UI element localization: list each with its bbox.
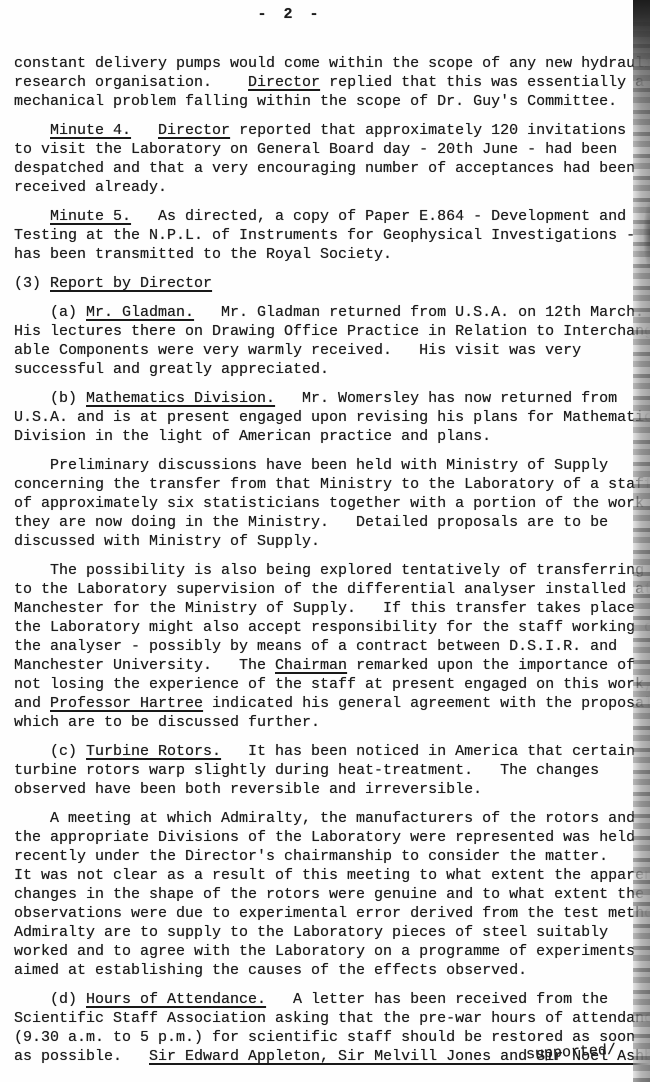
paragraph: Minute 4. Director reported that approxi…: [14, 121, 650, 197]
text-line: which are to be discussed further.: [14, 713, 650, 732]
text-line: despatched and that a very encouraging n…: [14, 159, 650, 178]
underlined-text: Professor Hartree: [50, 695, 203, 712]
underlined-text: Minute 5.: [50, 208, 131, 225]
text-line: able Components were very warmly receive…: [14, 341, 650, 360]
text-segment: recently under the Director's chairmansh…: [14, 848, 608, 865]
text-segment: [14, 208, 50, 225]
text-segment: observations were due to experimental er…: [14, 905, 650, 922]
text-line: the Laboratory might also accept respons…: [14, 618, 650, 637]
underlined-text: Turbine Rotors.: [86, 743, 221, 760]
text-segment: Mr. Gladman returned from U.S.A. on 12th…: [194, 304, 644, 321]
underlined-text: Director: [158, 122, 230, 139]
text-segment: the appropriate Divisions of the Laborat…: [14, 829, 635, 846]
text-line: changes in the shape of the rotors were …: [14, 885, 650, 904]
text-line: observed have been both reversible and i…: [14, 780, 650, 799]
text-segment: (c): [14, 743, 86, 760]
text-segment: [131, 122, 158, 139]
text-line: U.S.A. and is at present engaged upon re…: [14, 408, 650, 427]
text-segment: as possible.: [14, 1048, 149, 1065]
text-line: discussed with Ministry of Supply.: [14, 532, 650, 551]
text-segment: indicated his general agreement with the…: [203, 695, 650, 712]
text-segment: observed have been both reversible and i…: [14, 781, 482, 798]
underlined-text: Chairman: [275, 657, 347, 674]
text-line: turbine rotors warp slightly during heat…: [14, 761, 650, 780]
underlined-text: Hours of Attendance.: [86, 991, 266, 1008]
underlined-text: Mathematics Division.: [86, 390, 275, 407]
text-segment: (b): [14, 390, 86, 407]
text-segment: Preliminary discussions have been held w…: [14, 457, 608, 474]
underlined-text: Mr. Gladman.: [86, 304, 194, 321]
text-line: concerning the transfer from that Minist…: [14, 475, 650, 494]
text-segment: Admiralty are to supply to the Laborator…: [14, 924, 608, 941]
text-segment: changes in the shape of the rotors were …: [14, 886, 644, 903]
text-segment: concerning the transfer from that Minist…: [14, 476, 650, 493]
text-segment: (9.30 a.m. to 5 p.m.) for scientific sta…: [14, 1029, 635, 1046]
text-segment: the Laboratory might also accept respons…: [14, 619, 650, 636]
text-segment: The possibility is also being explored t…: [14, 562, 644, 579]
text-segment: of approximately six statisticians toget…: [14, 495, 644, 512]
text-line: Division in the light of American practi…: [14, 427, 650, 446]
text-segment: they are now doing in the Ministry. Deta…: [14, 514, 608, 531]
text-segment: (a): [14, 304, 86, 321]
scan-edge-shadow: [633, 0, 650, 1082]
text-line: Testing at the N.P.L. of Instruments for…: [14, 226, 650, 245]
text-segment: A meeting at which Admiralty, the manufa…: [14, 810, 635, 827]
text-line: observations were due to experimental er…: [14, 904, 650, 923]
text-segment: replied that this was essentially a: [320, 74, 644, 91]
text-line: (b) Mathematics Division. Mr. Womersley …: [14, 389, 650, 408]
text-line: not losing the experience of the staff a…: [14, 675, 650, 694]
text-line: Manchester University. The Chairman rema…: [14, 656, 650, 675]
text-segment: (3): [14, 275, 50, 292]
text-line: successful and greatly appreciated.: [14, 360, 650, 379]
text-line: (c) Turbine Rotors. It has been noticed …: [14, 742, 650, 761]
text-segment: Scientific Staff Association asking that…: [14, 1010, 650, 1027]
page-number: - 2 -: [0, 6, 580, 23]
paragraph: Minute 5. As directed, a copy of Paper E…: [14, 207, 650, 264]
text-segment: [14, 122, 50, 139]
text-segment: mechanical problem falling within the sc…: [14, 93, 617, 110]
text-line: Preliminary discussions have been held w…: [14, 456, 650, 475]
text-line: worked and to agree with the Laboratory …: [14, 942, 650, 961]
text-line: mechanical problem falling within the sc…: [14, 92, 650, 111]
paragraph: constant delivery pumps would come withi…: [14, 54, 650, 111]
text-line: of approximately six statisticians toget…: [14, 494, 650, 513]
text-segment: As directed, a copy of Paper E.864 - Dev…: [131, 208, 626, 225]
underlined-text: Minute 4.: [50, 122, 131, 139]
text-segment: has been transmitted to the Royal Societ…: [14, 246, 392, 263]
text-segment: reported that approximately 120 invitati…: [230, 122, 626, 139]
paragraph: Preliminary discussions have been held w…: [14, 456, 650, 551]
text-segment: aimed at establishing the causes of the …: [14, 962, 527, 979]
text-segment: It has been noticed in America that cert…: [221, 743, 635, 760]
text-line: Scientific Staff Association asking that…: [14, 1009, 650, 1028]
text-line: the appropriate Divisions of the Laborat…: [14, 828, 650, 847]
text-line: recently under the Director's chairmansh…: [14, 847, 650, 866]
text-segment: successful and greatly appreciated.: [14, 361, 329, 378]
paragraph: A meeting at which Admiralty, the manufa…: [14, 809, 650, 980]
text-line: they are now doing in the Ministry. Deta…: [14, 513, 650, 532]
text-segment: discussed with Ministry of Supply.: [14, 533, 320, 550]
text-line: His lectures there on Drawing Office Pra…: [14, 322, 650, 341]
paragraph: (c) Turbine Rotors. It has been noticed …: [14, 742, 650, 799]
text-segment: Manchester University. The: [14, 657, 275, 674]
text-line: It was not clear as a result of this mee…: [14, 866, 650, 885]
text-line: aimed at establishing the causes of the …: [14, 961, 650, 980]
text-segment: constant delivery pumps would come withi…: [14, 55, 650, 72]
text-segment: Division in the light of American practi…: [14, 428, 491, 445]
text-segment: able Components were very warmly receive…: [14, 342, 581, 359]
text-segment: remarked upon the importance of: [347, 657, 635, 674]
text-line: to the Laboratory supervision of the dif…: [14, 580, 650, 599]
text-segment: which are to be discussed further.: [14, 714, 320, 731]
text-segment: A letter has been received from the: [266, 991, 608, 1008]
text-segment: to visit the Laboratory on General Board…: [14, 141, 617, 158]
scanned-document-page: - 2 - constant delivery pumps would come…: [0, 0, 650, 1082]
text-segment: It was not clear as a result of this mee…: [14, 867, 650, 884]
text-line: constant delivery pumps would come withi…: [14, 54, 650, 73]
text-line: A meeting at which Admiralty, the manufa…: [14, 809, 650, 828]
text-segment: received already.: [14, 179, 167, 196]
text-line: Admiralty are to supply to the Laborator…: [14, 923, 650, 942]
text-line: research organisation. Director replied …: [14, 73, 650, 92]
text-segment: Testing at the N.P.L. of Instruments for…: [14, 227, 635, 244]
document-body: constant delivery pumps would come withi…: [14, 54, 650, 1076]
text-segment: the analyser - possibly by means of a co…: [14, 638, 617, 655]
text-segment: and: [14, 695, 50, 712]
text-line: Minute 5. As directed, a copy of Paper E…: [14, 207, 650, 226]
text-line: the analyser - possibly by means of a co…: [14, 637, 650, 656]
text-line: The possibility is also being explored t…: [14, 561, 650, 580]
text-segment: research organisation.: [14, 74, 248, 91]
text-line: to visit the Laboratory on General Board…: [14, 140, 650, 159]
text-line: (d) Hours of Attendance. A letter has be…: [14, 990, 650, 1009]
text-segment: (d): [14, 991, 86, 1008]
text-segment: to the Laboratory supervision of the dif…: [14, 581, 650, 598]
text-segment: Mr. Womersley has now returned from: [275, 390, 617, 407]
underlined-text: Director: [248, 74, 320, 91]
text-line: and Professor Hartree indicated his gene…: [14, 694, 650, 713]
underlined-text: Report by Director: [50, 275, 212, 292]
paragraph: The possibility is also being explored t…: [14, 561, 650, 732]
text-segment: not losing the experience of the staff a…: [14, 676, 650, 693]
text-segment: U.S.A. and is at present engaged upon re…: [14, 409, 650, 426]
paragraph: (b) Mathematics Division. Mr. Womersley …: [14, 389, 650, 446]
text-segment: His lectures there on Drawing Office Pra…: [14, 323, 650, 340]
paragraph: (a) Mr. Gladman. Mr. Gladman returned fr…: [14, 303, 650, 379]
text-segment: despatched and that a very encouraging n…: [14, 160, 635, 177]
text-line: has been transmitted to the Royal Societ…: [14, 245, 650, 264]
text-line: Minute 4. Director reported that approxi…: [14, 121, 650, 140]
text-line: (3) Report by Director: [14, 274, 650, 293]
section-heading: (3) Report by Director: [14, 274, 650, 293]
text-segment: worked and to agree with the Laboratory …: [14, 943, 635, 960]
text-segment: turbine rotors warp slightly during heat…: [14, 762, 599, 779]
text-line: Manchester for the Ministry of Supply. I…: [14, 599, 650, 618]
text-segment: Manchester for the Ministry of Supply. I…: [14, 600, 635, 617]
text-line: received already.: [14, 178, 650, 197]
text-line: (a) Mr. Gladman. Mr. Gladman returned fr…: [14, 303, 650, 322]
